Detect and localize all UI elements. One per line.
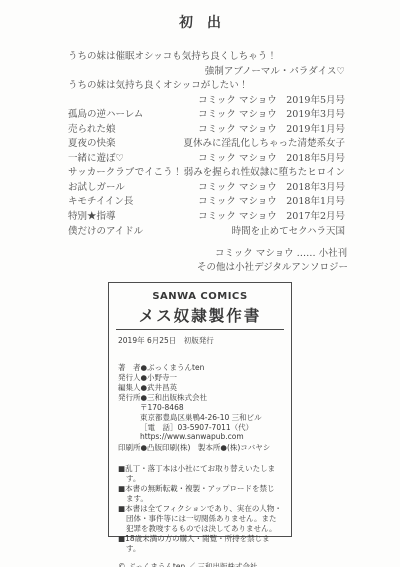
issue-info: コミック マショウ 2017年2月号 bbox=[198, 210, 345, 225]
work-title: 一緒に遊ぼ♡ bbox=[68, 152, 124, 167]
copyright-line: © ぶっくまうんten ／ 三和出版株式会社 bbox=[118, 561, 282, 567]
phone-number: ［電 話］03-5907-7011（代） bbox=[118, 423, 282, 433]
source-note-magazine: コミック マショウ …… 小社刊 bbox=[215, 245, 347, 259]
notice-no-reproduction: ■本書の無断転載・複製・アップロードを禁じます。 bbox=[118, 484, 282, 504]
work-title: 特別★指導 bbox=[68, 210, 116, 225]
issue-info: コミック マショウ 2019年1月号 bbox=[198, 123, 345, 138]
issue-info: コミック マショウ 2019年5月号 bbox=[198, 94, 345, 109]
publisher-url: https://www.sanwapub.com bbox=[118, 432, 282, 442]
issue-info: コミック マショウ 2018年5月号 bbox=[198, 152, 345, 167]
work-title: うちの妹は気持ち良くオシッコがしたい！ bbox=[68, 79, 248, 94]
work-title: 僕だけのアイドル bbox=[68, 225, 143, 240]
publication-row: 孤島の逆ハーレム コミック マショウ 2019年3月号 bbox=[68, 108, 345, 123]
work-title: 孤島の逆ハーレム bbox=[68, 108, 143, 123]
publication-row: サッカークラブでイこう！ 弱みを握られ性奴隷に堕ちたヒロイン bbox=[68, 166, 345, 181]
book-title: メス奴隷製作書 bbox=[118, 304, 282, 326]
publisher-person-line: 発行人●小野寺一 bbox=[118, 373, 282, 383]
publication-row: 夏夜の快楽 夏休みに淫乱化しちゃった清楚系女子 bbox=[68, 137, 345, 152]
street-address: 東京都豊島区巣鴨4-26-10 三和ビル bbox=[118, 413, 282, 423]
work-title: サッカークラブでイこう！ bbox=[68, 166, 182, 181]
issue-info: コミック マショウ 2018年1月号 bbox=[198, 195, 345, 210]
notice-fiction-disclaimer: ■本書は全てフィクションであり、実在の人物・団体・事件等には一切関係ありません。… bbox=[118, 504, 282, 534]
publication-row: うちの妹は気持ち良くオシッコがしたい！ bbox=[68, 79, 345, 94]
publication-row: 特別★指導 コミック マショウ 2017年2月号 bbox=[68, 210, 345, 225]
work-title: 売られた娘 bbox=[68, 123, 116, 138]
publication-row: 僕だけのアイドル 時間を止めてセクハラ天国 bbox=[68, 225, 345, 240]
issue-info: 弱みを握られ性奴隷に堕ちたヒロイン bbox=[184, 166, 345, 181]
publication-row: コミック マショウ 2019年5月号 bbox=[68, 94, 345, 109]
publication-row: うちの妹は催眠オシッコも気持ち良くしちゃう！ bbox=[68, 50, 345, 65]
issue-info: コミック マショウ 2018年3月号 bbox=[198, 181, 345, 196]
publication-row: お試しガール コミック マショウ 2018年3月号 bbox=[68, 181, 345, 196]
publication-row: 強制アブノーマル・パラダイス♡ bbox=[68, 65, 345, 80]
page-title: 初 出 bbox=[0, 12, 400, 32]
notice-age-restriction: ■18歳未満の方の購入・閲覧・所持を禁じます。 bbox=[118, 534, 282, 554]
colophon-page: 初 出 うちの妹は催眠オシッコも気持ち良くしちゃう！ 強制アブノーマル・パラダイ… bbox=[0, 0, 400, 567]
work-title: お試しガール bbox=[68, 181, 125, 196]
editor-line: 編集人●武井昌英 bbox=[118, 383, 282, 393]
work-title: キモチイイン長 bbox=[68, 195, 133, 210]
work-title: 夏夜の快楽 bbox=[68, 137, 116, 152]
printer-binder-line: 印刷所●凸版印刷(株) 製本所●(株)コバヤシ bbox=[118, 443, 282, 453]
postal-code: 〒170-8468 bbox=[118, 403, 282, 413]
publication-row: 一緒に遊ぼ♡ コミック マショウ 2018年5月号 bbox=[68, 152, 345, 167]
issue-info: 時間を止めてセクハラ天国 bbox=[232, 225, 345, 240]
colophon-box: SANWA COMICS メス奴隷製作書 2019年 6月25日 初版発行 著 … bbox=[108, 282, 292, 537]
credits-list: 著 者●ぶっくまうんten 発行人●小野寺一 編集人●武井昌英 発行所●三和出版… bbox=[118, 363, 282, 453]
source-note-anthology: その他は小社デジタルアンソロジー bbox=[197, 259, 348, 273]
author-line: 著 者●ぶっくまうんten bbox=[118, 363, 282, 373]
imprint-label: SANWA COMICS bbox=[118, 291, 282, 302]
notice-replacement: ■乱丁・落丁本は小社にてお取り替えいたします。 bbox=[118, 464, 282, 484]
publication-row: キモチイイン長 コミック マショウ 2018年1月号 bbox=[68, 195, 345, 210]
work-title: うちの妹は催眠オシッコも気持ち良くしちゃう！ bbox=[68, 50, 277, 65]
issue-info: コミック マショウ 2019年3月号 bbox=[198, 108, 345, 123]
publication-row: 売られた娘 コミック マショウ 2019年1月号 bbox=[68, 123, 345, 138]
issue-info: 夏休みに淫乱化しちゃった清楚系女子 bbox=[183, 137, 345, 152]
notices-list: ■乱丁・落丁本は小社にてお取り替えいたします。 ■本書の無断転載・複製・アップロ… bbox=[118, 464, 282, 554]
edition-date: 2019年 6月25日 初版発行 bbox=[118, 335, 282, 346]
publisher-company-line: 発行所●三和出版株式会社 bbox=[118, 393, 282, 403]
title-divider bbox=[116, 329, 284, 330]
first-publication-list: うちの妹は催眠オシッコも気持ち良くしちゃう！ 強制アブノーマル・パラダイス♡ う… bbox=[68, 50, 345, 239]
issue-info: 強制アブノーマル・パラダイス♡ bbox=[205, 65, 345, 80]
